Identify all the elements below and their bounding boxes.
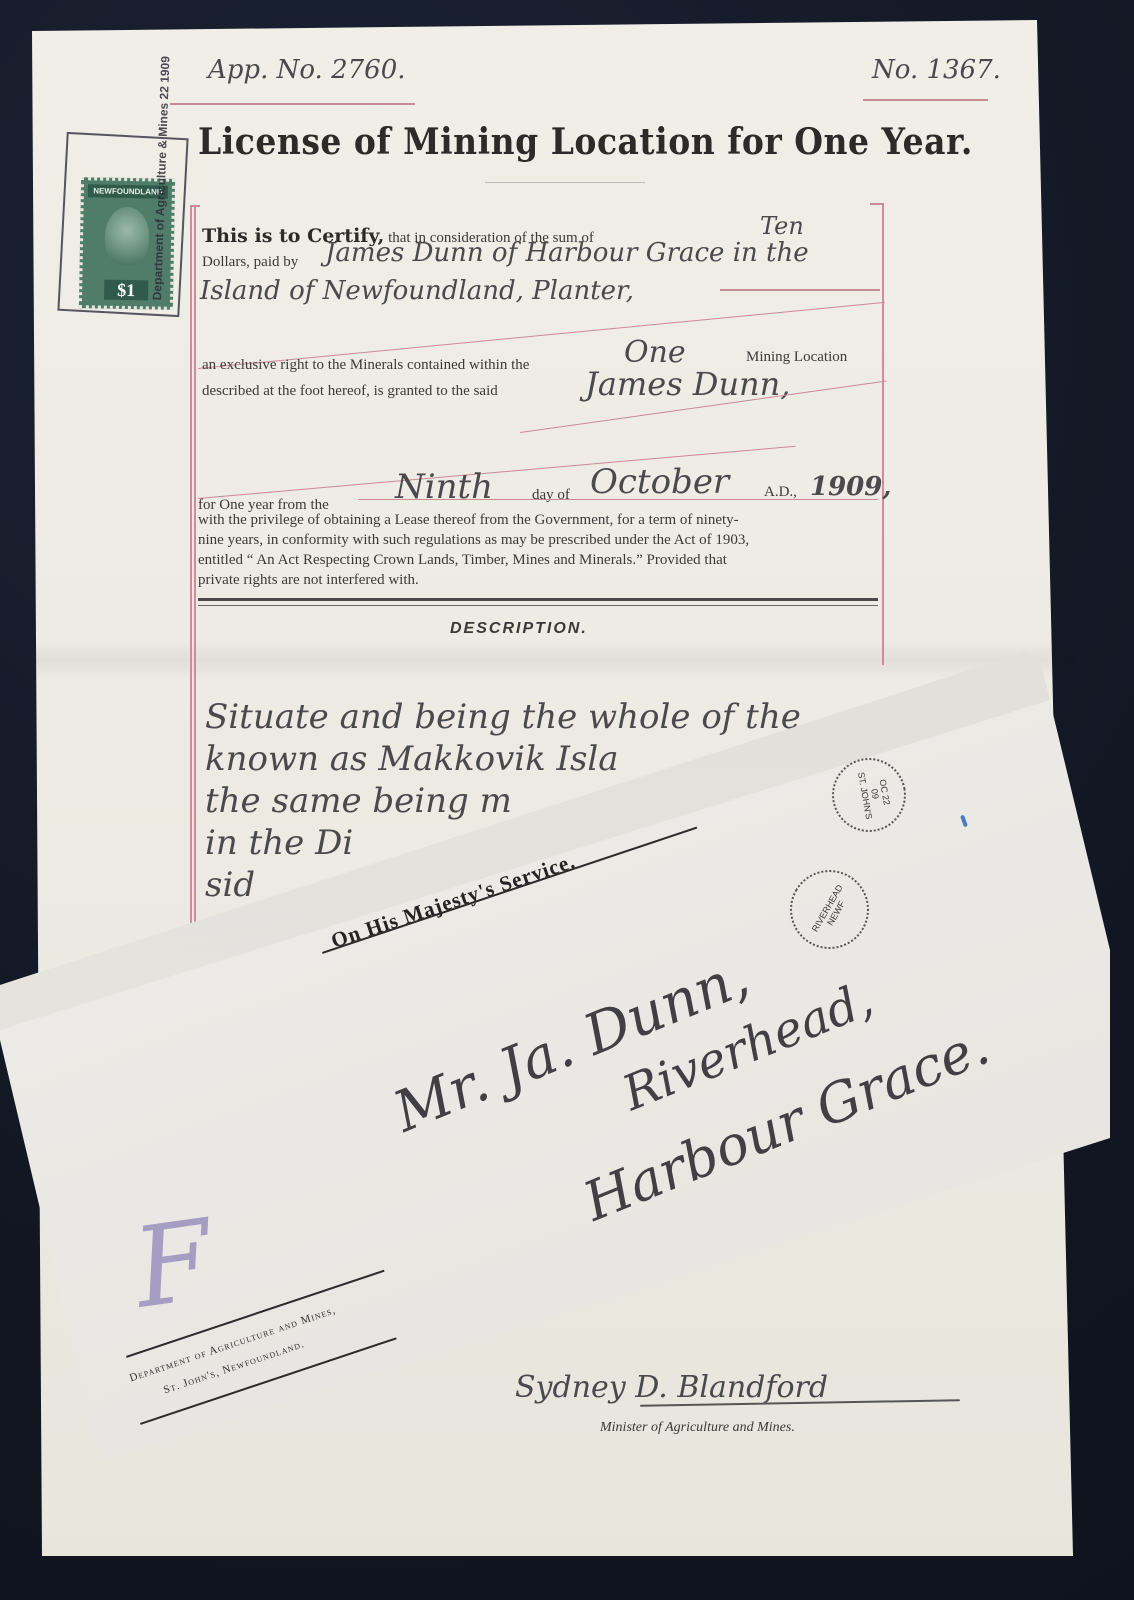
sum-handwritten: Ten [760,212,804,240]
description-rule-thin [198,605,878,606]
description-line: Situate and being the whole of the [205,696,801,738]
frame-right [882,205,884,665]
term-body: with the privilege of obtaining a Lease … [198,510,883,590]
month-handwritten: October [590,462,729,502]
license-number-rule [863,99,988,101]
term-body-line: private rights are not interfered with. [198,570,883,590]
payer-rule [720,289,880,291]
frame-top-right [870,203,884,205]
app-number-rule [170,103,415,105]
minister-title: Minister of Agriculture and Mines. [600,1420,795,1436]
term-body-line: with the privilege of obtaining a Lease … [198,510,883,530]
frame-left-inner [194,205,196,945]
document-title: License of Mining Location for One Year. [198,120,973,163]
certify-text2: Dollars, paid by [202,252,298,272]
stamp-value: $1 [104,280,148,301]
postmark-riverhead-text: RIVERHEAD NEWF [804,873,859,948]
description-heading: DESCRIPTION. [450,620,588,638]
grant-text3: described at the foot hereof, is granted… [202,381,498,401]
year-handwritten: 1909, [810,472,891,502]
title-divider [485,182,645,183]
term-body-line: entitled “ An Act Respecting Crown Lands… [198,550,883,570]
term-rule [358,499,878,500]
app-number: App. No. 2760. [208,55,406,85]
payer-line1: James Dunn of Harbour Grace in the [325,238,809,268]
term-body-line: nine years, in conformity with such regu… [198,530,883,550]
frame-left [190,205,192,945]
day-handwritten: Ninth [395,467,493,507]
minister-signature: Sydney D. Blandford [515,1370,828,1405]
payer-line2: Island of Newfoundland, Planter, [200,276,634,306]
paper-fold [36,640,1076,680]
license-number: No. 1367. [872,55,1001,85]
description-rule-thick [198,598,878,601]
grant-text1: an exclusive right to the Minerals conta… [202,355,529,375]
grant-text2: Mining Location [746,347,847,367]
stamp-portrait-icon [105,207,150,266]
frame-top-left [190,205,200,207]
term-text2: day of [532,485,570,505]
